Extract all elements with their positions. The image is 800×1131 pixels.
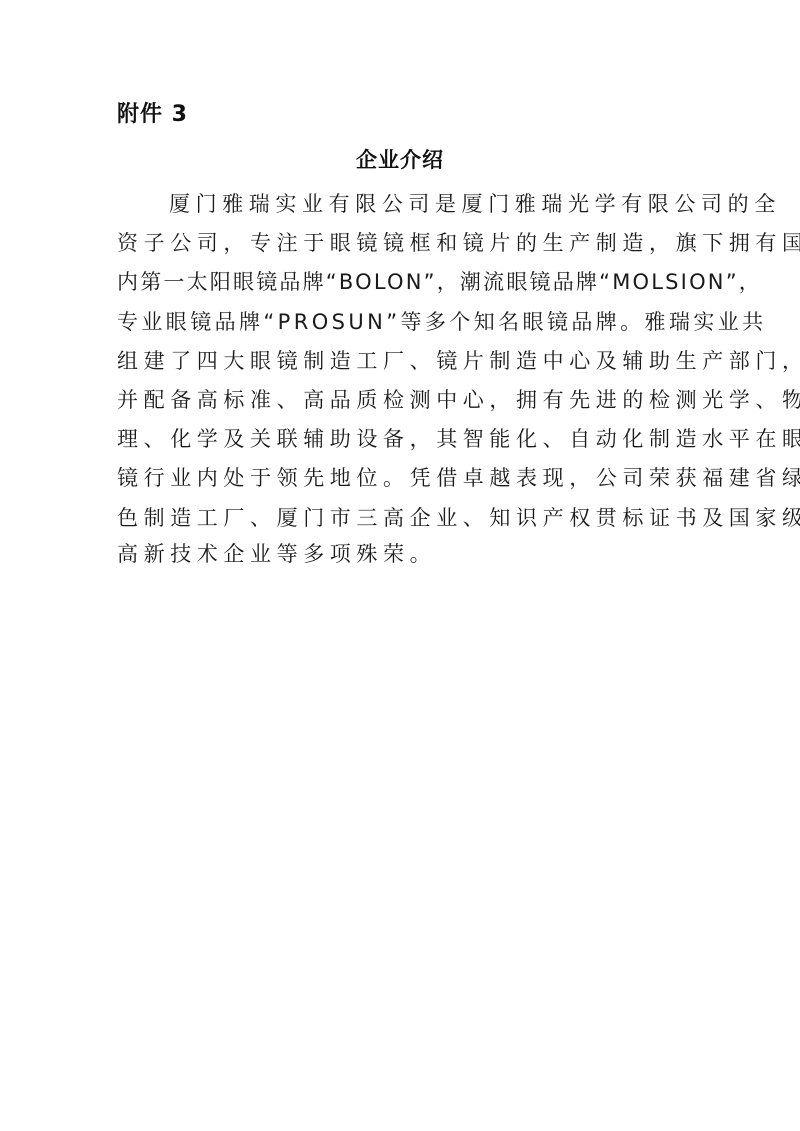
paragraph-line: 镜行业内处于领先地位。凭借卓越表现，公司荣获福建省绿	[117, 459, 687, 498]
paragraph-line: 并配备高标准、高品质检测中心，拥有先进的检测光学、物	[117, 381, 687, 420]
document-page: 附件 3 企业介绍 厦门雅瑞实业有限公司是厦门雅瑞光学有限公司的全 资子公司，专…	[0, 0, 800, 1131]
paragraph-line: 色制造工厂、厦门市三高企业、知识产权贯标证书及国家级	[117, 499, 687, 538]
paragraph-line: 组建了四大眼镜制造工厂、镜片制造中心及辅助生产部门，	[117, 342, 687, 381]
paragraph-line: 专业眼镜品牌“PROSUN”等多个知名眼镜品牌。雅瑞实业共	[117, 303, 687, 342]
paragraph-line: 厦门雅瑞实业有限公司是厦门雅瑞光学有限公司的全	[117, 185, 687, 224]
company-introduction-paragraph: 厦门雅瑞实业有限公司是厦门雅瑞光学有限公司的全 资子公司，专注于眼镜镜框和镜片的…	[117, 185, 687, 570]
paragraph-line: 内第一太阳眼镜品牌“BOLON”，潮流眼镜品牌“MOLSION”，	[117, 263, 687, 302]
paragraph-line: 高新技术企业等多项殊荣。	[117, 538, 687, 570]
paragraph-line: 资子公司，专注于眼镜镜框和镜片的生产制造，旗下拥有国	[117, 224, 687, 263]
paragraph-line: 理、化学及关联辅助设备，其智能化、自动化制造水平在眼	[117, 420, 687, 459]
attachment-label: 附件 3	[117, 100, 188, 130]
document-title: 企业介绍	[0, 145, 800, 175]
